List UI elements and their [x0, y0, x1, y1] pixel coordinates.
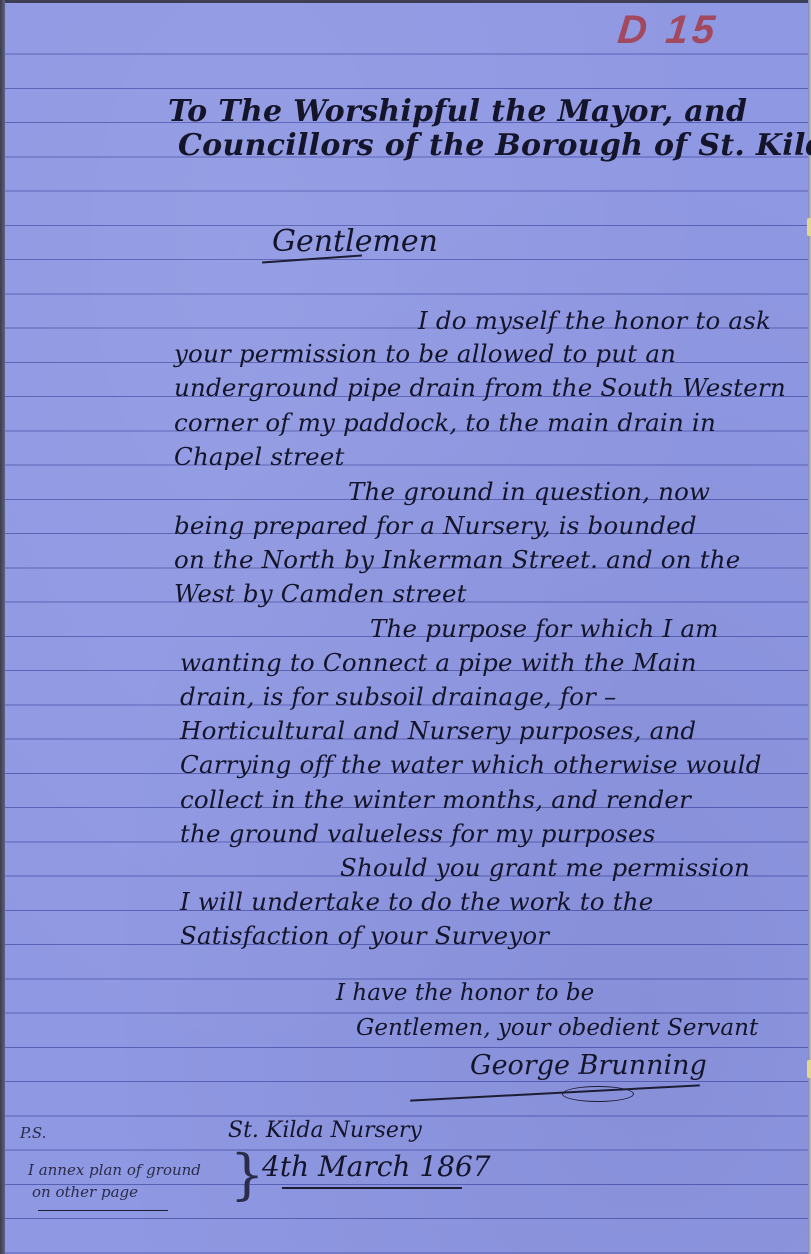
- body-line: Satisfaction of your Surveyor: [180, 921, 549, 950]
- archive-reference: D 15: [616, 8, 721, 53]
- postscript-line-2: on other page: [32, 1183, 138, 1201]
- closing-line-2: Gentlemen, your obedient Servant: [356, 1015, 758, 1041]
- body-line: The purpose for which I am: [370, 614, 719, 643]
- postscript-brace: }: [230, 1148, 264, 1202]
- body-line: Carrying off the water which otherwise w…: [180, 750, 762, 779]
- body-line: I will undertake to do the work to the: [180, 887, 653, 916]
- postscript-line-1: I annex plan of ground: [28, 1161, 201, 1179]
- body-line: being prepared for a Nursery, is bounded: [174, 511, 697, 540]
- body-line: Horticultural and Nursery purposes, and: [180, 716, 696, 745]
- body-line: Should you grant me permission: [340, 853, 750, 882]
- body-line: your permission to be allowed to put an: [174, 339, 676, 368]
- body-line: wanting to Connect a pipe with the Main: [180, 648, 697, 677]
- body-line: on the North by Inkerman Street. and on …: [174, 545, 740, 574]
- page-top-edge: [0, 0, 811, 3]
- body-line: West by Camden street: [174, 579, 467, 608]
- signature-flourish-line: [410, 1084, 700, 1101]
- page-left-edge: [0, 0, 5, 1254]
- letter-place: St. Kilda Nursery: [228, 1118, 422, 1143]
- edge-tab-mark: [807, 1060, 811, 1078]
- edge-tab-mark: [807, 218, 811, 236]
- body-line: The ground in question, now: [348, 477, 710, 506]
- signature: George Brunning: [470, 1050, 707, 1081]
- postscript-underline: [38, 1210, 168, 1211]
- postscript-label: P.S.: [20, 1124, 46, 1142]
- body-line: drain, is for subsoil drainage, for –: [180, 682, 616, 711]
- address-line-1: To The Worshipful the Mayor, and: [168, 94, 747, 129]
- letter-page: D 15 To The Worshipful the Mayor, and Co…: [0, 0, 811, 1254]
- date-underline: [282, 1187, 462, 1189]
- closing-line-1: I have the honor to be: [336, 980, 594, 1006]
- letter-date: 4th March 1867: [262, 1150, 491, 1183]
- body-line: corner of my paddock, to the main drain …: [174, 408, 716, 437]
- salutation: Gentlemen: [272, 224, 438, 259]
- body-line: collect in the winter months, and render: [180, 785, 691, 814]
- body-line: the ground valueless for my purposes: [180, 819, 656, 848]
- body-line: Chapel street: [174, 442, 345, 471]
- body-line: I do myself the honor to ask: [418, 306, 771, 335]
- body-line: underground pipe drain from the South We…: [174, 373, 786, 402]
- address-line-2: Councillors of the Borough of St. Kilda: [178, 128, 811, 163]
- signature-flourish-loop: [562, 1086, 634, 1102]
